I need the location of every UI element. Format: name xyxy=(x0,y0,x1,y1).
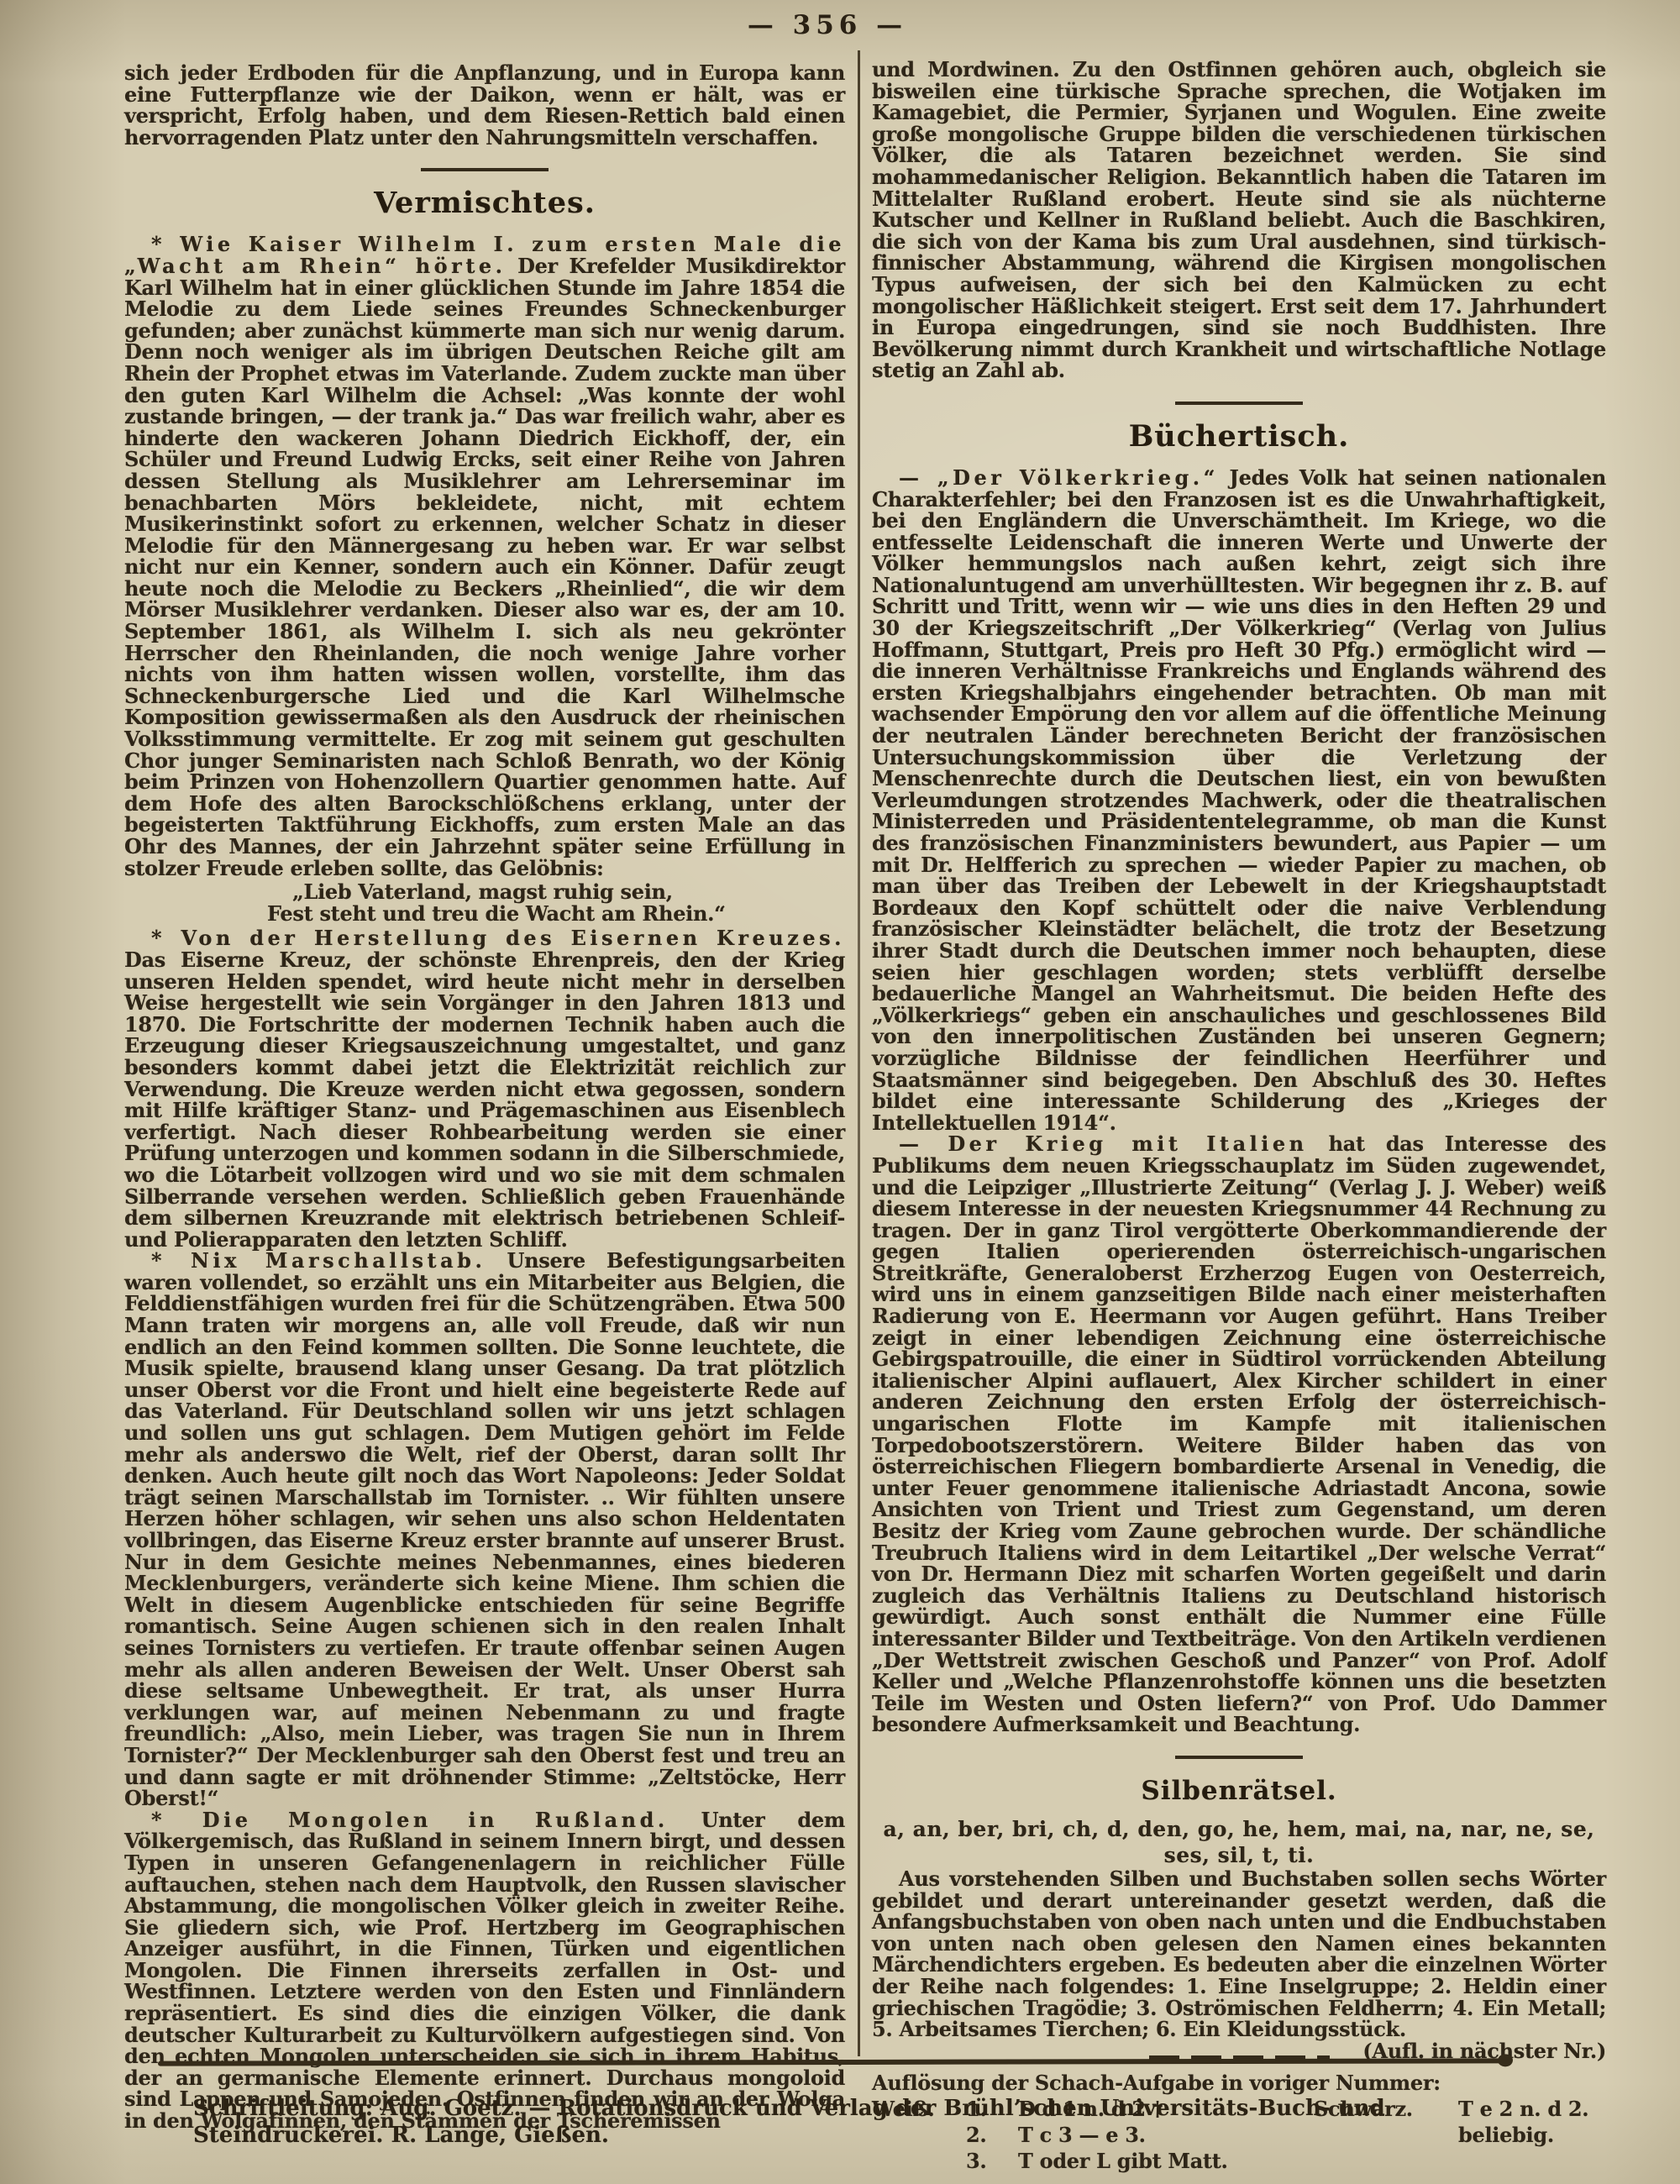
newspaper-page: — 356 — sich jeder Erdboden für die Anpf… xyxy=(0,0,1680,2184)
poem-line-1: „Lieb Vaterland, magst ruhig sein, xyxy=(292,881,845,903)
article-wacht-am-rhein: * Wie Kaiser Wilhelm I. zum ersten Male … xyxy=(124,234,845,879)
imprint-line: Schriftleitung: Aug. Goetz. — Rotationsd… xyxy=(193,2095,1520,2149)
review-voelkerkrieg: — „Der Völkerkrieg.“ Jedes Volk hat sein… xyxy=(872,467,1606,1133)
article-mongolen-russland: * Die Mongolen in Rußland. Unter dem Völ… xyxy=(124,1809,845,2132)
chess-move-row: 3. T oder L gibt Matt. xyxy=(872,2148,1606,2174)
section-divider-rule xyxy=(1175,1756,1303,1759)
paragraph-daikon-continuation: sich jeder Erdboden für die Anpflanzung,… xyxy=(124,62,845,148)
article-body: Das Eiserne Kreuz, der schönste Ehrenpre… xyxy=(124,948,845,1252)
column-divider-rule xyxy=(858,50,860,2056)
article-body: Der Krefelder Musikdirektor Karl Wilhelm… xyxy=(124,254,845,880)
chess-white-move: T oder L gibt Matt. xyxy=(1018,2148,1314,2174)
article-nix-marschallstab: * Nix Marschallstab. Unsere Befestigungs… xyxy=(124,1250,845,1809)
poem-line-2: Fest steht und treu die Wacht am Rhein.“ xyxy=(267,903,845,925)
article-eisernes-kreuz: * Von der Herstellung des Eisernen Kreuz… xyxy=(124,927,845,1250)
silbenraetsel-task: Aus vorstehenden Silben und Buchstaben s… xyxy=(872,1868,1606,2040)
review-body: hat das Interesse des Publikums dem neue… xyxy=(872,1131,1606,1736)
section-divider-rule xyxy=(421,168,549,171)
chess-move-number: 3. xyxy=(966,2148,1018,2174)
section-title-buechertisch: Büchertisch. xyxy=(872,420,1606,454)
page-number: — 356 — xyxy=(0,10,1655,40)
review-krieg-mit-italien: — Der Krieg mit Italien hat das Interess… xyxy=(872,1133,1606,1735)
section-divider-rule xyxy=(1175,402,1303,405)
column-right: und Mordwinen. Zu den Ostfinnen gehören … xyxy=(872,59,1606,2174)
column-left: sich jeder Erdboden für die Anpflanzung,… xyxy=(124,62,845,2132)
section-title-silbenraetsel: Silbenrätsel. xyxy=(872,1774,1606,1808)
chess-black-move xyxy=(1458,2148,1606,2174)
chess-solution-title: Auflösung der Schach-Aufgabe in voriger … xyxy=(872,2070,1606,2096)
article-body: Unter dem Völkergemisch, das Rußland in … xyxy=(124,1808,845,2133)
poem-wacht-am-rhein: „Lieb Vaterland, magst ruhig sein, Fest … xyxy=(292,881,845,924)
chess-white-label xyxy=(872,2148,966,2174)
paragraph-mongolen-continuation: und Mordwinen. Zu den Ostfinnen gehören … xyxy=(872,59,1606,381)
silbenraetsel-syllables: a, an, ber, bri, ch, d, den, go, he, hem… xyxy=(872,1816,1606,1868)
task-text: Aus vorstehenden Silben und Buchstaben s… xyxy=(872,1866,1606,2041)
article-body: Unsere Befestigungsarbeiten waren vollen… xyxy=(124,1248,845,1810)
section-title-vermischtes: Vermischtes. xyxy=(124,186,845,220)
review-body: Jedes Volk hat seinen nationalen Charakt… xyxy=(872,465,1606,1135)
chess-black-label xyxy=(1314,2148,1458,2174)
